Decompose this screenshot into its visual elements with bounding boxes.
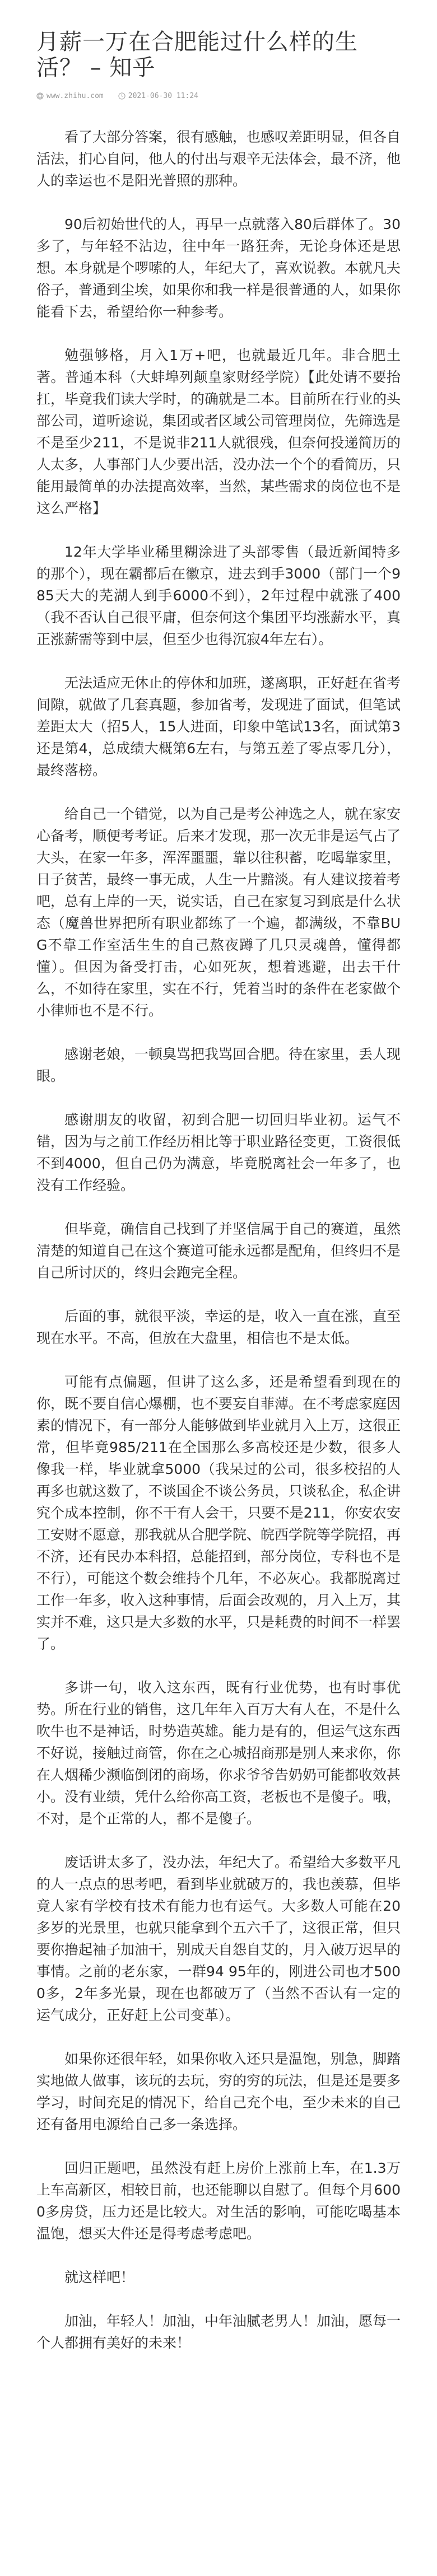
paragraph: 后面的事，就很平淡，幸运的是，收入一直在涨，直至现在水平。不高，但放在大盘里，相… <box>36 1305 401 1349</box>
article-meta: www.zhihu.com 2021-06-30 11:24 <box>36 92 401 100</box>
article-title: 月薪一万在合肥能过什么样的生活？ – 知乎 <box>36 29 401 81</box>
paragraph: 给自己一个错觉，以为自己是考公神选之人，就在家安心备考，顺便考考证。后来才发现，… <box>36 803 401 1021</box>
paragraph: 回归正题吧，虽然没有赶上房价上涨前上车，在1.3万上车高新区，相较目前，也还能聊… <box>36 2157 401 2244</box>
paragraph: 如果你还很年轻，如果你收入还只是温饱，别急，脚踏实地做人做事，该玩的去玩，穷的穷… <box>36 2048 401 2135</box>
source-meta: www.zhihu.com <box>36 92 104 100</box>
paragraph: 可能有点偏题，但讲了这么多，还是希望看到现在的你，既不要自信心爆棚，也不要妄自菲… <box>36 1371 401 1655</box>
paragraph: 多讲一句，收入这东西，既有行业优势，也有时事优势。所在行业的销售，这几年年入百万… <box>36 1677 401 1830</box>
paragraph: 90后初始世代的人，再早一点就落入80后群体了。30多了，与年轻不沾边，往中年一… <box>36 213 401 323</box>
paragraph: 勉强够格，月入1万+吧，也就最近几年。非合肥土著。普通本科（大蚌埠列颠皇家财经学… <box>36 344 401 519</box>
paragraph: 废话讲太多了，没办法，年纪大了。希望给大多数平凡的人一点点的思考吧，看到毕业就破… <box>36 1851 401 2026</box>
datetime-meta: 2021-06-30 11:24 <box>118 92 198 100</box>
paragraph: 但毕竟，确信自己找到了并坚信属于自己的赛道，虽然清楚的知道自己在这个赛道可能永远… <box>36 1218 401 1284</box>
globe-icon <box>36 92 44 100</box>
paragraph: 感谢老娘，一顿臭骂把我骂回合肥。待在家里，丢人现眼。 <box>36 1043 401 1087</box>
paragraph: 12年大学毕业稀里糊涂进了头部零售（最近新闻特多的那个），现在霸都后在徽京，进去… <box>36 541 401 650</box>
clock-icon <box>118 92 125 100</box>
paragraph: 加油，年轻人！加油，中年油腻老男人！加油，愿每一个人都拥有美好的未来！ <box>36 2310 401 2354</box>
paragraph: 无法适应无休止的停休和加班，遂离职，正好赶在省考间隙，就做了几套真题，参加省考，… <box>36 672 401 781</box>
paragraph: 看了大部分答案，很有感触，也感叹差距明显，但各自活法，扪心自问，他人的付出与艰辛… <box>36 126 401 192</box>
article-page: 月薪一万在合肥能过什么样的生活？ – 知乎 www.zhihu.com 2021… <box>0 0 437 2420</box>
source-domain: www.zhihu.com <box>47 92 104 100</box>
publish-datetime: 2021-06-30 11:24 <box>128 92 198 100</box>
article-body: 看了大部分答案，很有感触，也感叹差距明显，但各自活法，扪心自问，他人的付出与艰辛… <box>36 126 401 2354</box>
paragraph: 感谢朋友的收留，初到合肥一切回归毕业初。运气不错，因为与之前工作经历相比等于职业… <box>36 1109 401 1196</box>
paragraph: 就这样吧！ <box>36 2266 401 2288</box>
